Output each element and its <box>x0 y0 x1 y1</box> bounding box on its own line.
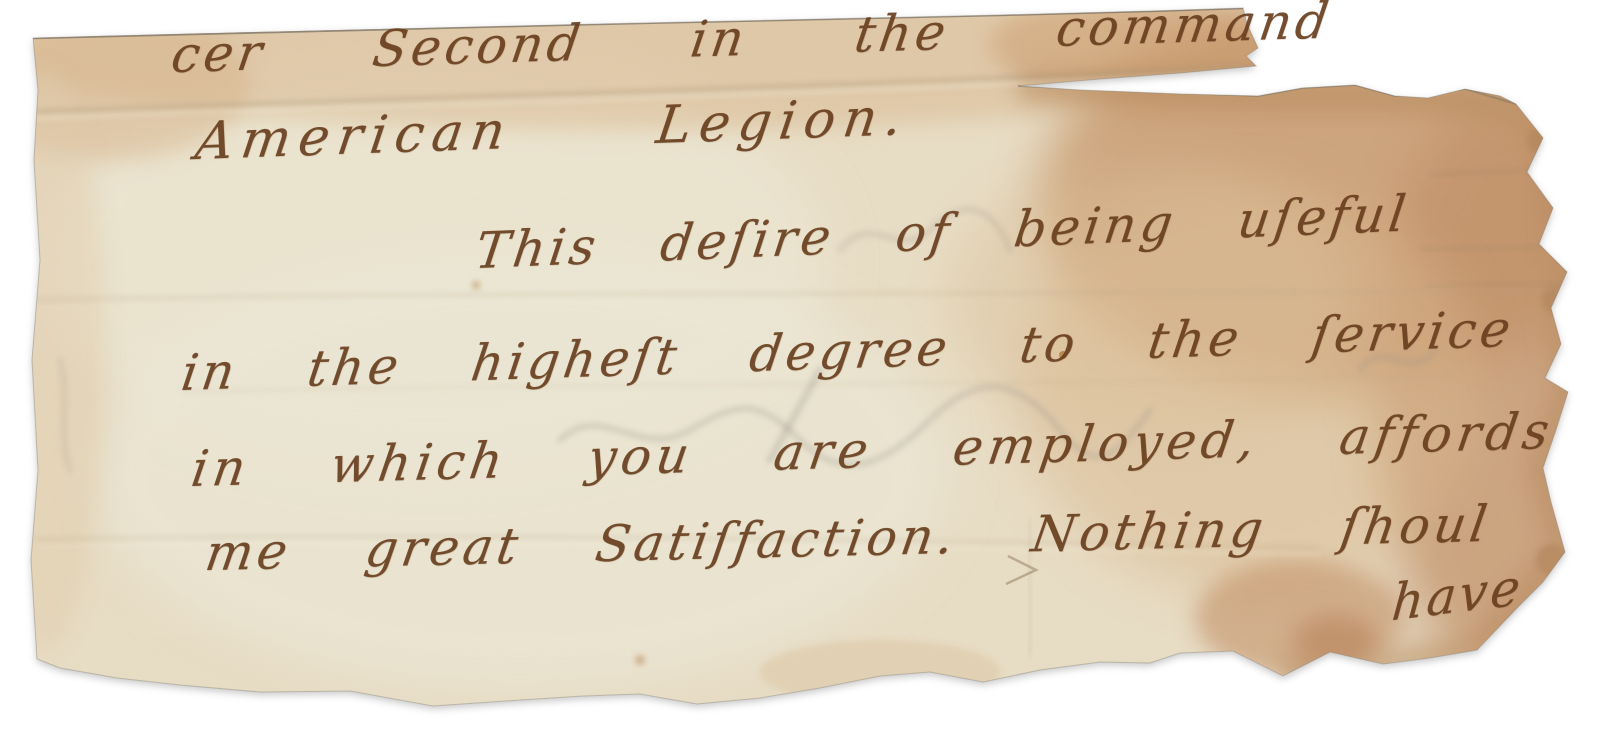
letter-photo: cer Second in the command American Legio… <box>0 0 1600 730</box>
